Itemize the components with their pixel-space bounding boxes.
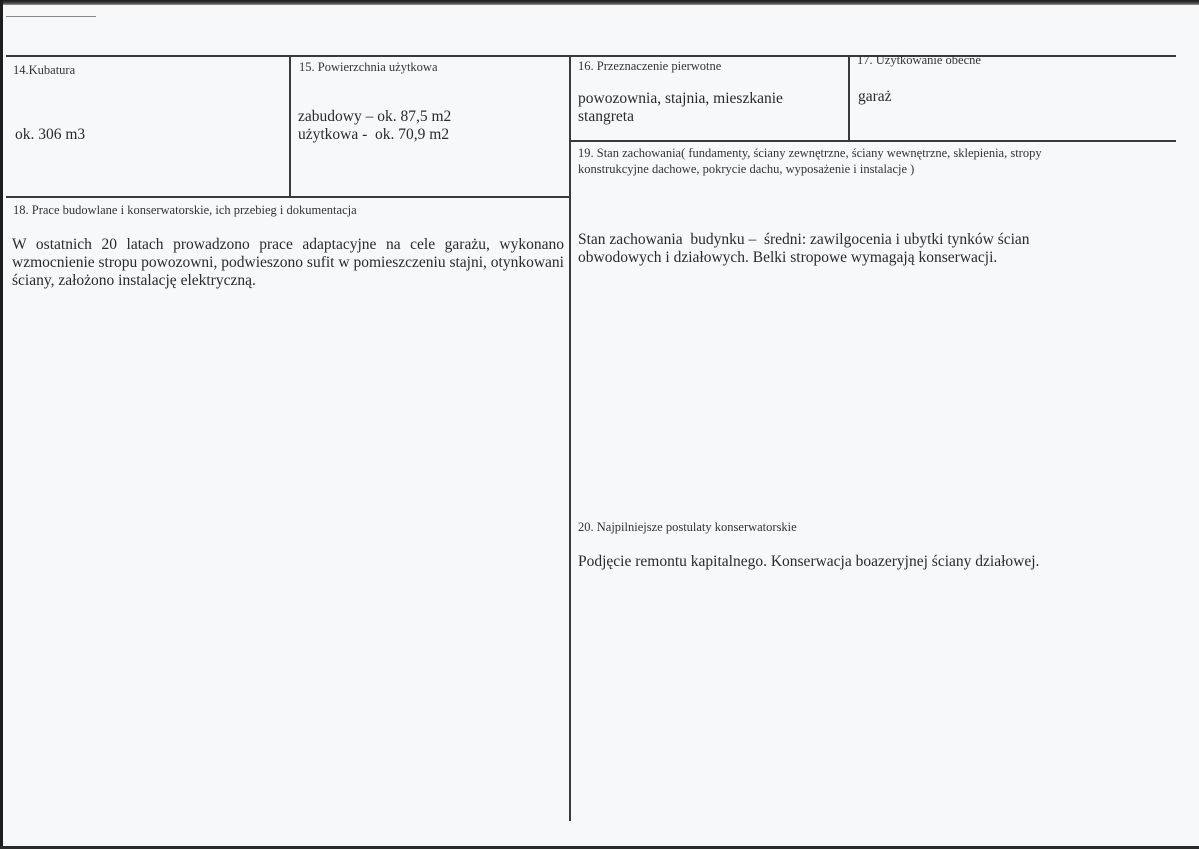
faint-top-rule <box>6 16 96 17</box>
field-label-powierzchnia: 15. Powierzchnia użytkowa <box>299 60 438 75</box>
scan-edge-top <box>0 0 1199 5</box>
field-value-prace: W ostatnich 20 latach prowadzono prace a… <box>12 236 564 290</box>
field-value-zabudowy: zabudowy – ok. 87,5 m2 <box>298 108 451 126</box>
divider-col-16-17 <box>848 55 850 142</box>
table-top-rule <box>6 55 1176 57</box>
field-label-stan-line1: 19. Stan zachowania( fundamenty, ściany … <box>578 146 1042 161</box>
field-value-uzytkowanie: garaż <box>858 88 892 106</box>
scan-edge-left <box>0 0 3 849</box>
field-label-uzytkowanie: 17. Użytkowanie obecne <box>857 53 981 68</box>
divider-col-left-right <box>569 55 571 821</box>
field-value-kubatura: ok. 306 m3 <box>15 126 85 144</box>
rule-row-19 <box>570 140 1176 142</box>
field-label-przeznaczenie: 16. Przeznaczenie pierwotne <box>578 59 721 74</box>
field-value-uzytkowa: użytkowa - ok. 70,9 m2 <box>298 126 449 144</box>
field-label-postulaty: 20. Najpilniejsze postulaty konserwators… <box>578 520 797 535</box>
field-label-kubatura: 14.Kubatura <box>13 63 75 78</box>
rule-row-18 <box>6 196 571 198</box>
field-value-postulaty: Podjęcie remontu kapitalnego. Konserwacj… <box>578 553 1039 571</box>
field-value-przeznaczenie: powozownia, stajnia, mieszkanie stangret… <box>578 90 828 126</box>
field-value-stan: Stan zachowania budynku – średni: zawilg… <box>578 231 1078 267</box>
field-label-stan-line2: konstrukcyjne dachowe, pokrycie dachu, w… <box>578 162 914 177</box>
field-label-prace: 18. Prace budowlane i konserwatorskie, i… <box>13 203 357 218</box>
divider-col-14-15 <box>289 55 291 198</box>
